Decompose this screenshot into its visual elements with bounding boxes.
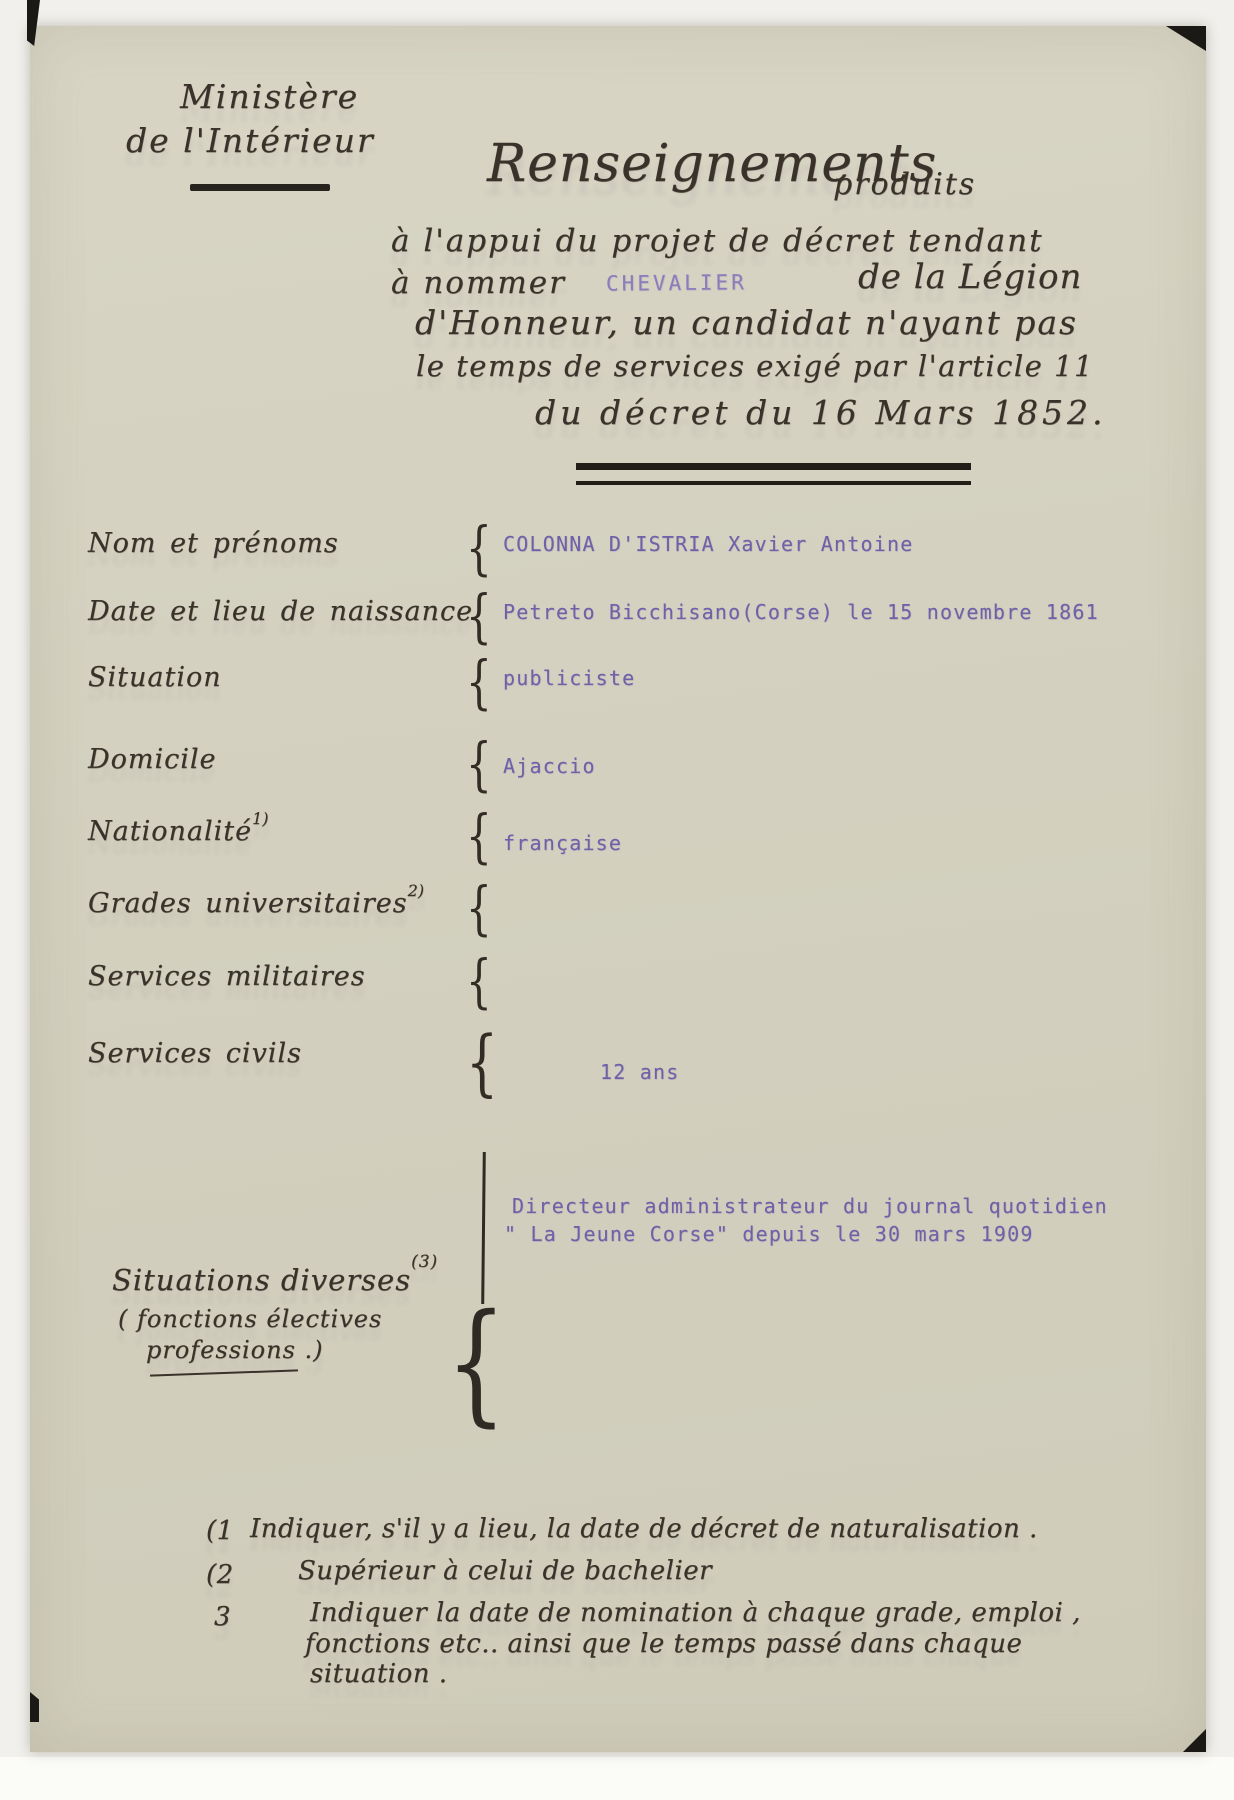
field-label: Date et lieu de naissance <box>88 596 473 627</box>
situations-value-line-1: Directeur administrateur du journal quot… <box>512 1196 1108 1216</box>
title-line-3-post: de la Légion <box>858 260 1082 294</box>
footnote-1-marker: (1 <box>206 1518 234 1544</box>
field-row-nationalite: Nationalité1) française <box>88 816 268 847</box>
brace-glyph <box>466 648 487 716</box>
ministry-name-line-1: Ministère <box>180 80 359 113</box>
title-line-3-pre: à nommer <box>391 268 566 299</box>
field-row-situation: Situation publiciste <box>88 662 222 693</box>
brace-glyph <box>466 874 487 942</box>
field-value: Ajaccio <box>503 754 596 778</box>
brace-glyph <box>466 1020 487 1104</box>
ministry-name-line-2: de l'Intérieur <box>126 124 375 157</box>
field-value: 12 ans <box>600 1060 679 1084</box>
situations-sublabel-1: ( fonctions électives <box>118 1307 382 1331</box>
field-row-domicile: Domicile Ajaccio <box>88 744 217 775</box>
situations-value-line-2: " La Jeune Corse" depuis le 30 mars 1909 <box>504 1224 1034 1244</box>
field-row-services-civils: Services civils 12 ans <box>88 1038 302 1069</box>
field-label: Nationalité <box>88 816 252 847</box>
field-row-naissance: Date et lieu de naissance Petreto Bicchi… <box>88 596 473 627</box>
footnote-2-marker: (2 <box>206 1562 234 1588</box>
field-value: publiciste <box>503 666 635 690</box>
brace-glyph <box>466 730 487 798</box>
footnote-3-text-line-2: fonctions etc.. ainsi que le temps passé… <box>305 1631 1022 1657</box>
situations-sublabel-2: professions .) <box>146 1338 324 1362</box>
field-row-services-militaires: Services militaires <box>88 961 366 992</box>
field-value: française <box>503 831 622 855</box>
situations-label-text: Situations diverses <box>112 1263 411 1297</box>
field-note: 1) <box>252 809 268 828</box>
brace-glyph <box>466 514 487 582</box>
title-line-4: d'Honneur, un candidat n'ayant pas <box>415 306 1078 339</box>
brace-glyph <box>466 802 487 870</box>
field-row-nom: Nom et prénoms COLONNA D'ISTRIA Xavier A… <box>88 528 339 559</box>
footnote-3-text-line-1: Indiquer la date de nomination à chaque … <box>310 1600 1081 1626</box>
field-row-grades: Grades universitaires2) <box>88 888 424 919</box>
field-note: 2) <box>408 881 424 900</box>
scanner-bed-strip <box>0 1757 1234 1800</box>
footnote-2-text: Supérieur à celui de bachelier <box>298 1558 712 1584</box>
brace-glyph <box>466 582 487 650</box>
ministry-underline <box>190 184 330 191</box>
footnote-3-text-line-3: situation . <box>310 1661 448 1687</box>
field-label: Services militaires <box>88 961 366 992</box>
situations-note: (3) <box>411 1252 438 1272</box>
field-value: COLONNA D'ISTRIA Xavier Antoine <box>503 532 913 556</box>
brace-glyph <box>466 947 487 1015</box>
situations-label: Situations diverses(3) <box>112 1266 438 1295</box>
footnote-3-marker: 3 <box>214 1604 231 1630</box>
title-word-produits: produits <box>833 170 976 200</box>
field-label: Services civils <box>88 1038 302 1069</box>
field-label: Grades universitaires <box>88 888 408 919</box>
field-label: Situation <box>88 662 222 693</box>
title-line-6: du décret du 16 Mars 1852. <box>535 396 1107 429</box>
field-label: Domicile <box>88 744 217 775</box>
situations-brace-glyph <box>446 1288 506 1440</box>
title-double-underline <box>576 463 971 485</box>
scanned-document-page: Ministère de l'Intérieur Renseignements … <box>0 0 1234 1800</box>
footnote-1-text: Indiquer, s'il y a lieu, la date de décr… <box>250 1516 1038 1542</box>
chevalier-grade-stamp: CHEVALIER <box>606 272 747 294</box>
field-label: Nom et prénoms <box>88 528 339 559</box>
field-value: Petreto Bicchisano(Corse) le 15 novembre… <box>503 600 1099 624</box>
title-line-5: le temps de services exigé par l'article… <box>416 352 1094 381</box>
title-line-2: à l'appui du projet de décret tendant <box>391 226 1044 257</box>
